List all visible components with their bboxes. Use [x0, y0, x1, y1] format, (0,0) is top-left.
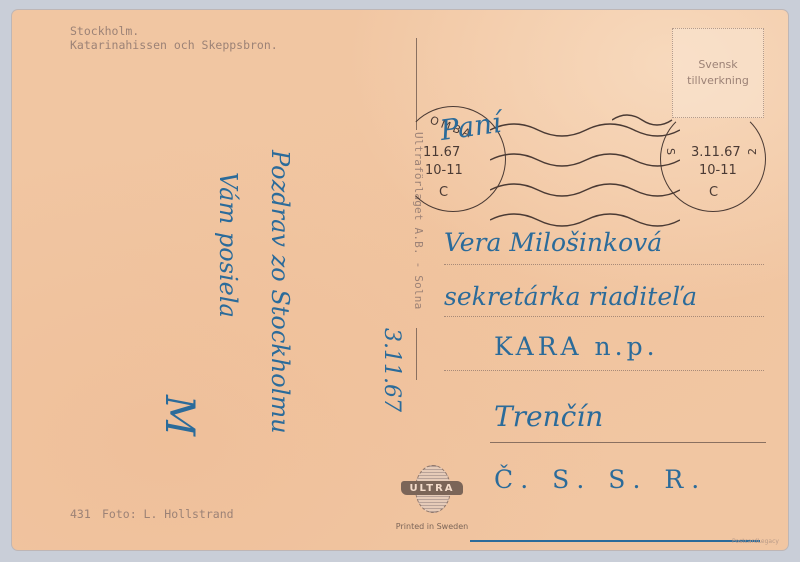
message-line-2: Vám posiela — [214, 172, 242, 318]
postcard-back: Stockholm. Katarinahissen och Skeppsbron… — [12, 10, 788, 550]
postmark-left-letter: C — [439, 185, 448, 200]
address-line-city: Trenčín — [494, 400, 603, 433]
card-number: 431 — [70, 507, 91, 521]
address-rule-1 — [444, 264, 764, 265]
message-line-1: Pozdrav zo Stockholmu — [266, 150, 294, 434]
postmark-left-time: 10-11 — [425, 163, 463, 178]
ultra-logo-icon: ULTRA — [397, 465, 467, 525]
postmark-right-letter: C — [709, 185, 718, 200]
address-line-title: sekretárka riaditeľa — [444, 282, 697, 311]
center-divider-bottom — [416, 328, 417, 380]
address-line-country: Č. S. S. R. — [494, 465, 707, 494]
watermark: PostcardLegacy — [732, 538, 779, 545]
address-underline — [470, 540, 760, 542]
logo-brand: ULTRA — [401, 481, 463, 495]
stamp-box: Svensk tillverkning — [672, 28, 764, 118]
caption-city: Stockholm. — [70, 24, 139, 38]
stamp-box-line1: Svensk — [698, 57, 737, 73]
postmark-right-suffix: 2 — [746, 148, 759, 155]
address-rule-2 — [444, 316, 764, 317]
photo-credit: Foto: L. Hollstrand — [102, 507, 234, 521]
address-rule-3 — [444, 370, 764, 371]
postmark-right-time: 10-11 — [699, 163, 737, 178]
handwritten-date: 3.11.67 — [379, 328, 404, 412]
printed-in-label: Printed in Sweden — [390, 522, 474, 531]
address-rule-4 — [490, 442, 766, 443]
caption-subject: Katarinahissen och Skeppsbron. — [70, 38, 278, 52]
postmark-right-prefix: S — [664, 148, 677, 155]
stamp-box-line2: tillverkning — [687, 73, 749, 89]
postmark-left-date: 11.67 — [423, 145, 460, 160]
postmark-right: S 3.11.67 2 10-11 C — [660, 106, 766, 212]
message-signature: M — [156, 395, 202, 436]
address-line-name: Vera Milošinková — [444, 228, 662, 257]
center-divider-top — [416, 38, 417, 130]
cancellation-waves-icon — [490, 118, 680, 228]
postmark-right-date: 3.11.67 — [691, 145, 741, 160]
address-line-company: KARA n.p. — [494, 332, 659, 361]
